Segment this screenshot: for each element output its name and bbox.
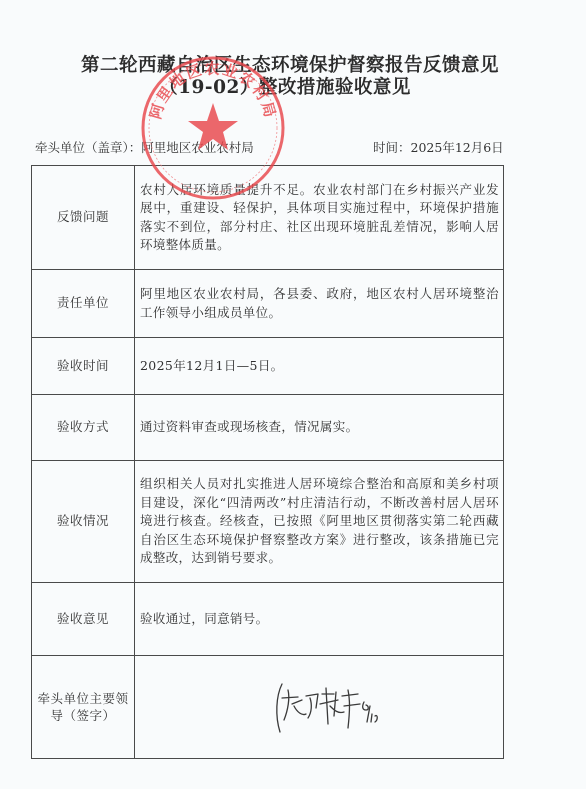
table-row-responsible-unit: 责任单位 阿里地区农业农村局，各县委、政府，地区农村人居环境整治工作领导小组成员… [32, 270, 504, 338]
row-value: 验收通过，同意销号。 [135, 583, 504, 656]
document-page: 第二轮西藏自治区生态环境保护督察报告反馈意见 （19-02）整改措施验收意见 牵… [0, 0, 586, 789]
lead-unit-value: 阿里地区农业农村局 [141, 140, 254, 155]
handwritten-signature-icon [272, 676, 392, 738]
row-label: 反馈问题 [32, 166, 135, 270]
table-row-feedback-issue: 反馈问题 农村人居环境质量提升不足。农业农村部门在乡村振兴产业发展中，重建设、轻… [32, 166, 504, 270]
table-row-acceptance-time: 验收时间 2025年12月1日—5日。 [32, 338, 504, 395]
time-label: 时间： [373, 140, 411, 155]
lead-unit-label: 牵头单位（盖章）： [35, 140, 141, 155]
row-value: 2025年12月1日—5日。 [135, 338, 504, 395]
document-title-line1: 第二轮西藏自治区生态环境保护督察报告反馈意见 [0, 55, 583, 77]
row-label: 牵头单位主要领 导（签字） [32, 656, 135, 759]
table-row-leader-signature: 牵头单位主要领 导（签字） [32, 656, 504, 759]
row-label: 验收时间 [32, 338, 135, 395]
table-row-acceptance-status: 验收情况 组织相关人员对扎实推进人居环境综合整治和高原和美乡村项目建设，深化“四… [32, 461, 504, 583]
row-label: 验收意见 [32, 583, 135, 656]
lead-unit: 牵头单位（盖章）：阿里地区农业农村局 [35, 140, 254, 156]
row-label: 验收情况 [32, 461, 135, 583]
acceptance-form-table: 反馈问题 农村人居环境质量提升不足。农业农村部门在乡村振兴产业发展中，重建设、轻… [31, 165, 504, 759]
document-date: 时间：2025年12月6日 [373, 140, 504, 156]
table-row-acceptance-opinion: 验收意见 验收通过，同意销号。 [32, 583, 504, 656]
row-label-line2: 导（签字） [32, 707, 134, 724]
signature-cell [135, 656, 504, 759]
row-value: 通过资料审查或现场核查，情况属实。 [135, 395, 504, 461]
table-row-acceptance-method: 验收方式 通过资料审查或现场核查，情况属实。 [32, 395, 504, 461]
row-value: 农村人居环境质量提升不足。农业农村部门在乡村振兴产业发展中，重建设、轻保护，具体… [135, 166, 504, 270]
time-value: 2025年12月6日 [411, 140, 504, 155]
row-label: 验收方式 [32, 395, 135, 461]
row-label: 责任单位 [32, 270, 135, 338]
document-title-line2: （19-02）整改措施验收意见 [0, 77, 578, 99]
row-value: 组织相关人员对扎实推进人居环境综合整治和高原和美乡村项目建设，深化“四清两改”村… [135, 461, 504, 583]
row-value: 阿里地区农业农村局，各县委、政府，地区农村人居环境整治工作领导小组成员单位。 [135, 270, 504, 338]
row-label-line1: 牵头单位主要领 [32, 690, 134, 707]
